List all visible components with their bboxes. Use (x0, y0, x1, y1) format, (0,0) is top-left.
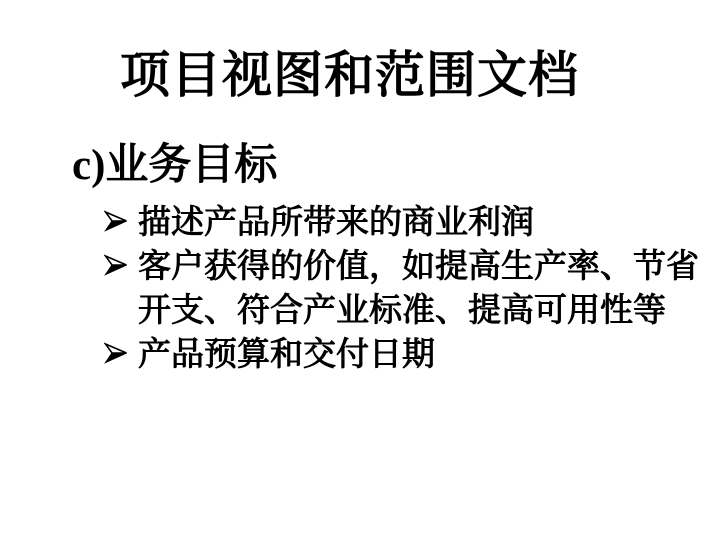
bullet-item: 产品预算和交付日期 (104, 333, 710, 377)
bullet-item: 客户获得的价值，如提高生产率、节省开支、符合产业标准、提高可用性等 (104, 245, 710, 333)
arrowhead-bullet-icon (104, 254, 128, 276)
bullet-text: 客户获得的价值，如提高生产率、节省开支、符合产业标准、提高可用性等 (138, 245, 706, 333)
arrowhead-bullet-icon (104, 342, 128, 364)
slide: 项目视图和范围文档 c)业务目标 描述产品所带来的商业利润 客户获得的价值，如提… (0, 0, 720, 540)
slide-title: 项目视图和范围文档 (120, 46, 579, 104)
bullet-text: 描述产品所带来的商业利润 (138, 201, 706, 245)
bullet-list: 描述产品所带来的商业利润 客户获得的价值，如提高生产率、节省开支、符合产业标准、… (104, 201, 710, 377)
bullet-text: 产品预算和交付日期 (138, 333, 706, 377)
section-heading: c)业务目标 (72, 141, 277, 191)
bullet-item: 描述产品所带来的商业利润 (104, 201, 710, 245)
arrowhead-bullet-icon (104, 210, 128, 232)
